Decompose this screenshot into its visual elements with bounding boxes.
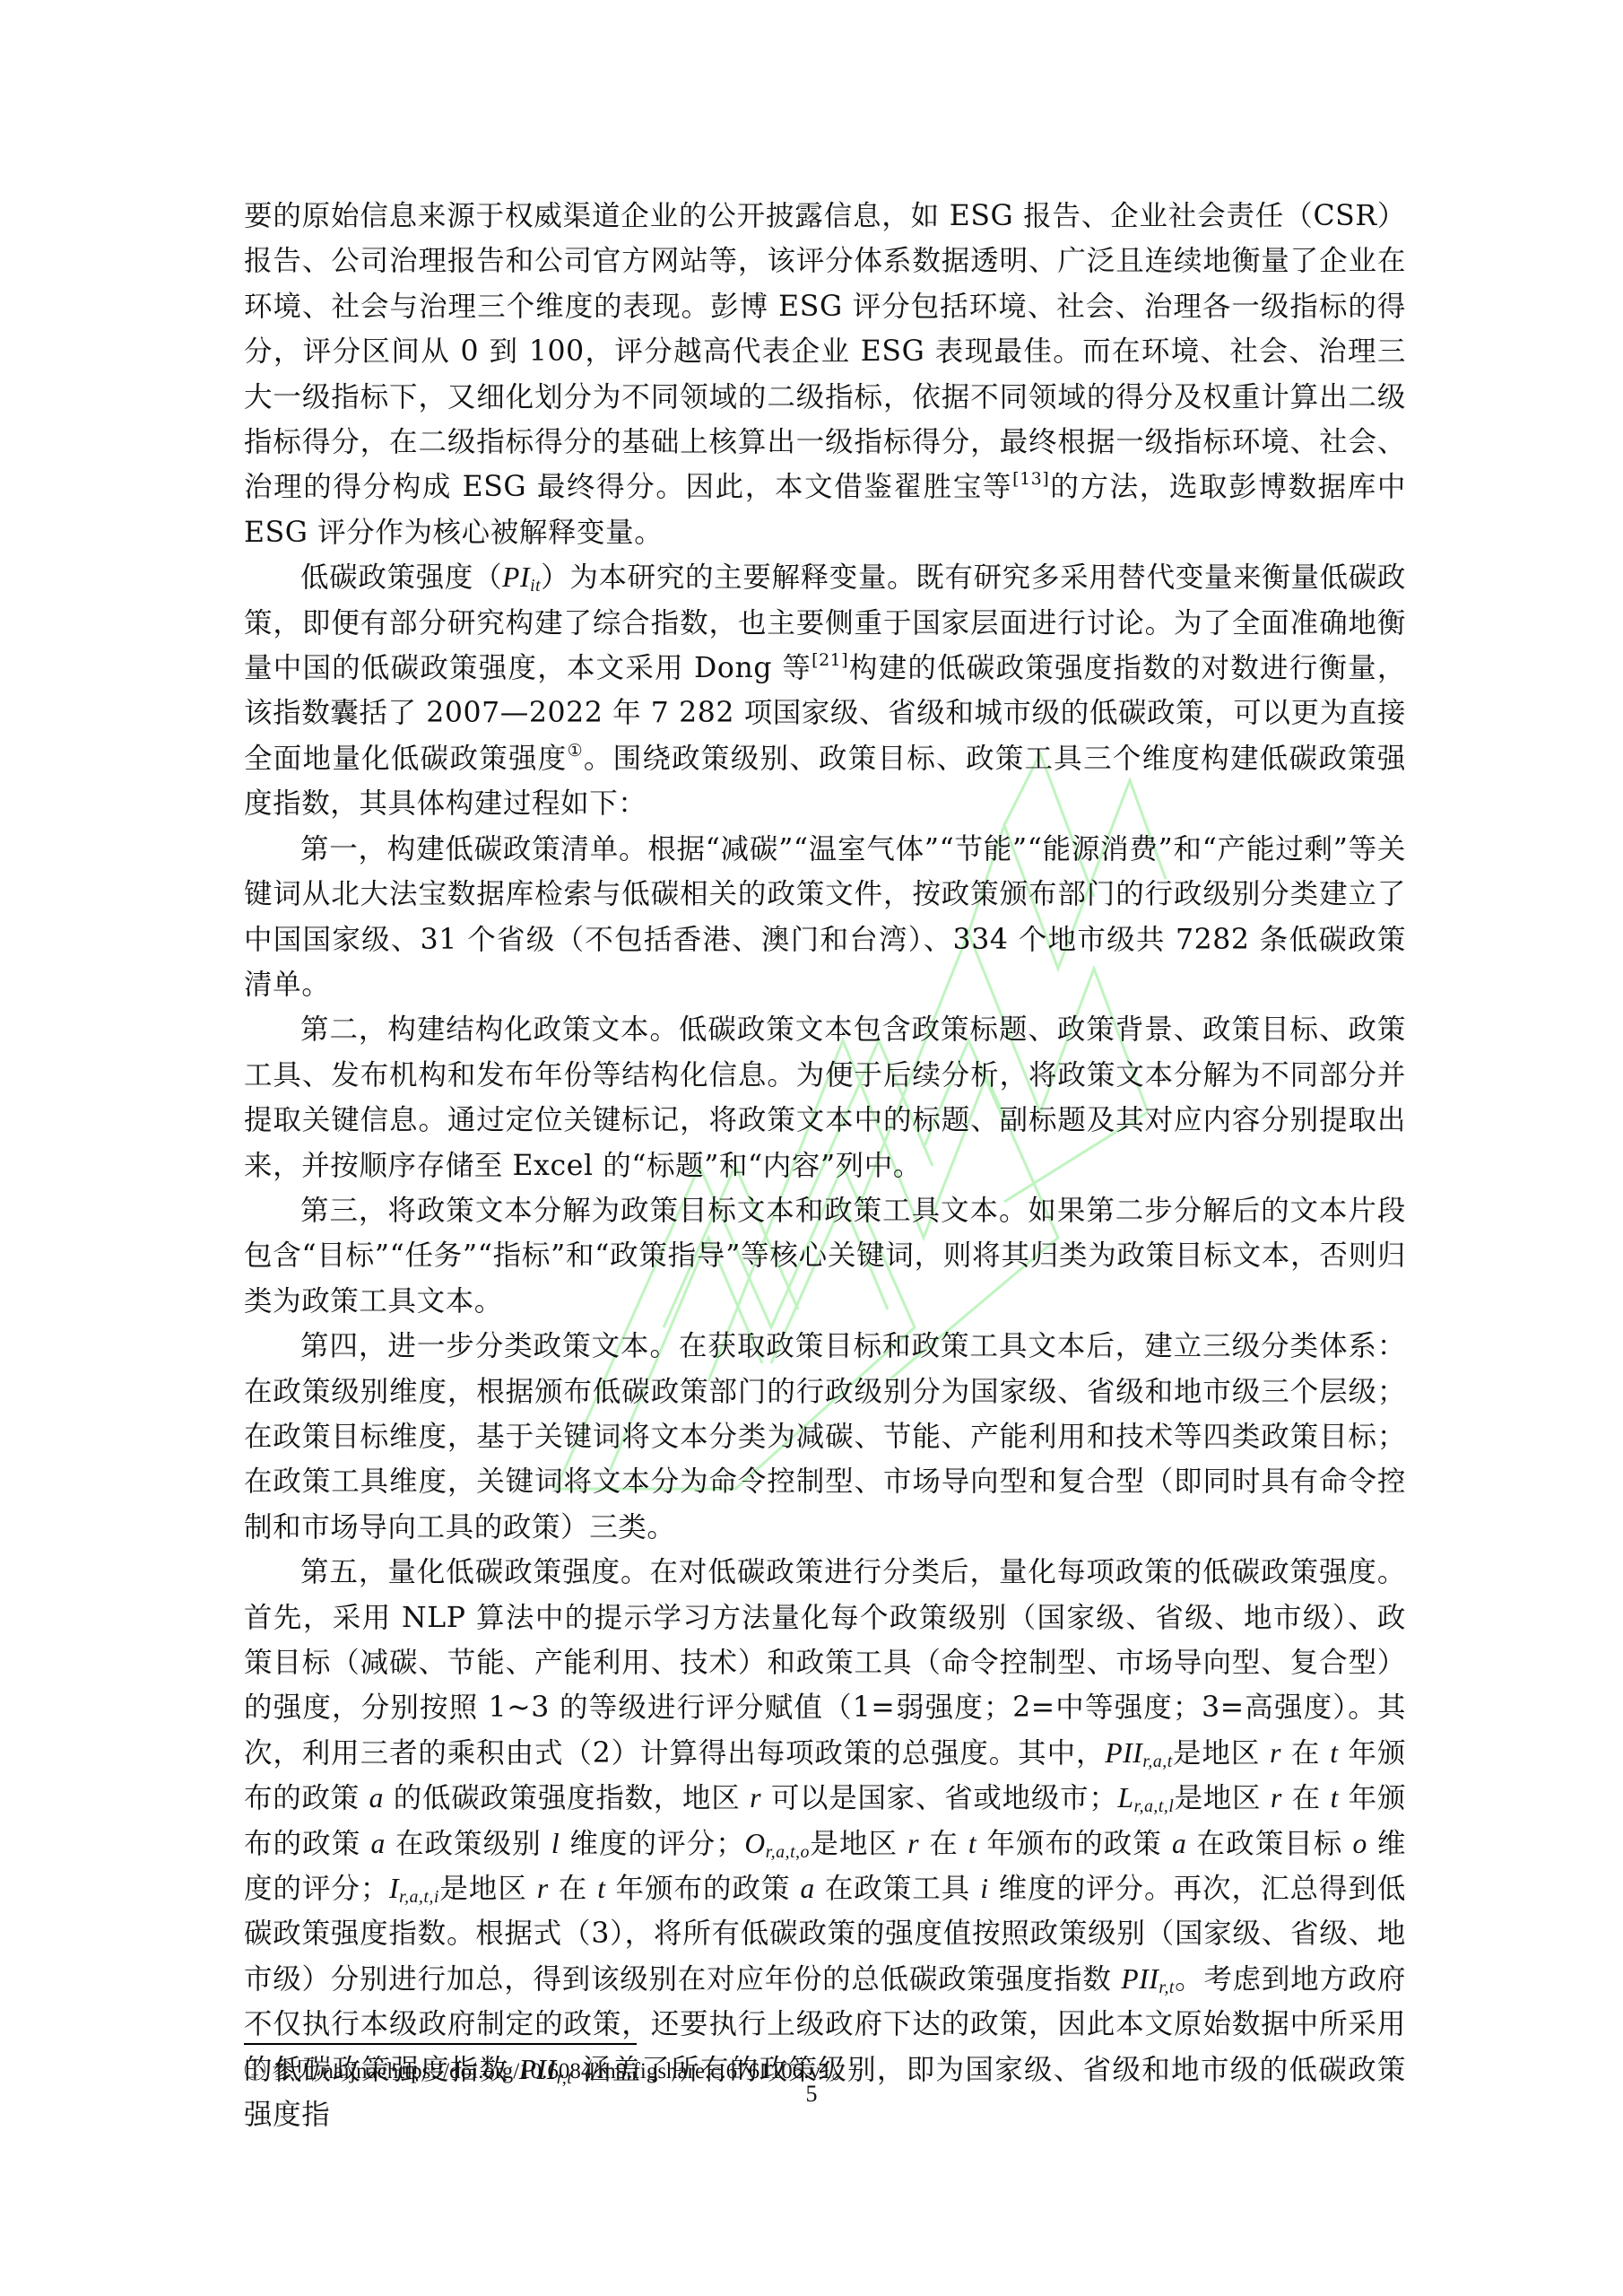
- math-pi-it: PIit: [502, 561, 541, 593]
- math-l-ratl: Lr,a,t,l: [1117, 1782, 1174, 1813]
- math-var-o: o: [1352, 1828, 1367, 1859]
- text-run: 在: [919, 1828, 968, 1860]
- math-symbol: PII: [1121, 1963, 1159, 1995]
- text-run: 的低碳政策强度指数，地区: [384, 1782, 750, 1814]
- footnote-number: ①: [244, 2059, 266, 2083]
- citation-21[interactable]: [21]: [811, 650, 848, 670]
- math-subscript: r,a,t,i: [399, 1888, 439, 1907]
- text-run: 年颁布的政策: [976, 1828, 1172, 1860]
- math-subscript: r,t: [1159, 1979, 1175, 1997]
- paragraph-esg-source: 要的原始信息来源于权威渠道企业的公开披露信息，如 ESG 报告、企业社会责任（C…: [244, 194, 1406, 555]
- text-run: 要的原始信息来源于权威渠道企业的公开披露信息，如 ESG 报告、企业社会责任（C…: [244, 200, 1406, 503]
- text-run: 年颁布的政策: [606, 1873, 801, 1905]
- citation-13[interactable]: [13]: [1012, 469, 1049, 489]
- math-var-t: t: [968, 1828, 976, 1859]
- math-var-t: t: [597, 1873, 605, 1904]
- math-var-a: a: [369, 1782, 384, 1813]
- paragraph-step-3: 第三，将政策文本分解为政策目标文本和政策工具文本。如果第二步分解后的文本片段包含…: [244, 1188, 1406, 1324]
- text-run: 低碳政策强度（: [300, 561, 502, 594]
- math-o-rato: Or,a,t,o: [744, 1828, 810, 1859]
- math-var-a: a: [370, 1828, 385, 1859]
- text-run: 在政策工具: [815, 1873, 980, 1905]
- text-run: 在: [549, 1873, 597, 1905]
- text-run: 在政策目标: [1186, 1828, 1352, 1860]
- math-pii-rt: PIIr,t: [1121, 1963, 1175, 1995]
- math-symbol: I: [389, 1873, 399, 1904]
- body-text: 要的原始信息来源于权威渠道企业的公开披露信息，如 ESG 报告、企业社会责任（C…: [244, 194, 1406, 2137]
- text-run: 是地区: [1173, 1737, 1270, 1770]
- paragraph-step-5: 第五，量化低碳政策强度。在对低碳政策进行分类后，量化每项政策的低碳政策强度。首先…: [244, 1550, 1406, 2137]
- math-symbol: L: [1117, 1782, 1133, 1813]
- paragraph-policy-intensity: 低碳政策强度（PIit）为本研究的主要解释变量。既有研究多采用替代变量来衡量低碳…: [244, 555, 1406, 826]
- math-symbol: PII: [1105, 1737, 1142, 1769]
- math-var-l: l: [551, 1828, 560, 1859]
- text-run: 是地区: [1174, 1782, 1271, 1814]
- footnote-marker[interactable]: ①: [568, 741, 584, 761]
- footnote-text[interactable]: 参见 naijnachttps://doi.org/10.6084/m9.fig…: [266, 2059, 854, 2083]
- page-number: 5: [0, 2081, 1623, 2108]
- math-var-a: a: [800, 1873, 814, 1904]
- math-var-t: t: [1331, 1782, 1339, 1813]
- math-var-t: t: [1330, 1737, 1338, 1769]
- document-page: 要的原始信息来源于权威渠道企业的公开披露信息，如 ESG 报告、企业社会责任（C…: [0, 0, 1623, 2296]
- math-pii-rat: PIIr,a,t: [1105, 1737, 1172, 1769]
- math-i-rati: Ir,a,t,i: [389, 1873, 439, 1904]
- footnote-divider: [244, 2043, 637, 2045]
- text-run: 是地区: [439, 1873, 537, 1905]
- text-run: 在政策级别: [386, 1828, 551, 1860]
- text-run: 在: [1282, 1782, 1331, 1814]
- paragraph-step-4: 第四，进一步分类政策文本。在获取政策目标和政策工具文本后，建立三级分类体系：在政…: [244, 1324, 1406, 1550]
- math-var-r: r: [537, 1873, 549, 1904]
- text-run: 可以是国家、省或地级市；: [761, 1782, 1117, 1814]
- text-run: 是地区: [810, 1828, 907, 1860]
- math-subscript: r,a,t: [1142, 1752, 1172, 1771]
- paragraph-step-2: 第二，构建结构化政策文本。低碳政策文本包含政策标题、政策背景、政策目标、政策工具…: [244, 1007, 1406, 1188]
- math-symbol: O: [744, 1828, 765, 1859]
- math-var-r: r: [907, 1828, 919, 1859]
- math-var-i: i: [980, 1873, 988, 1904]
- math-var-r: r: [1271, 1782, 1282, 1813]
- text-run: 在: [1281, 1737, 1330, 1770]
- math-subscript: it: [530, 577, 541, 596]
- math-subscript: r,a,t,l: [1134, 1797, 1175, 1816]
- text-run: 维度的评分；: [560, 1828, 744, 1860]
- math-var-r: r: [750, 1782, 761, 1813]
- math-subscript: r,a,t,o: [766, 1843, 810, 1862]
- math-var-r: r: [1270, 1737, 1281, 1769]
- paragraph-step-1: 第一，构建低碳政策清单。根据“减碳”“温室气体”“节能”“能源消费”和“产能过剩…: [244, 827, 1406, 1008]
- math-var-a: a: [1172, 1828, 1186, 1859]
- math-symbol: PI: [502, 561, 530, 593]
